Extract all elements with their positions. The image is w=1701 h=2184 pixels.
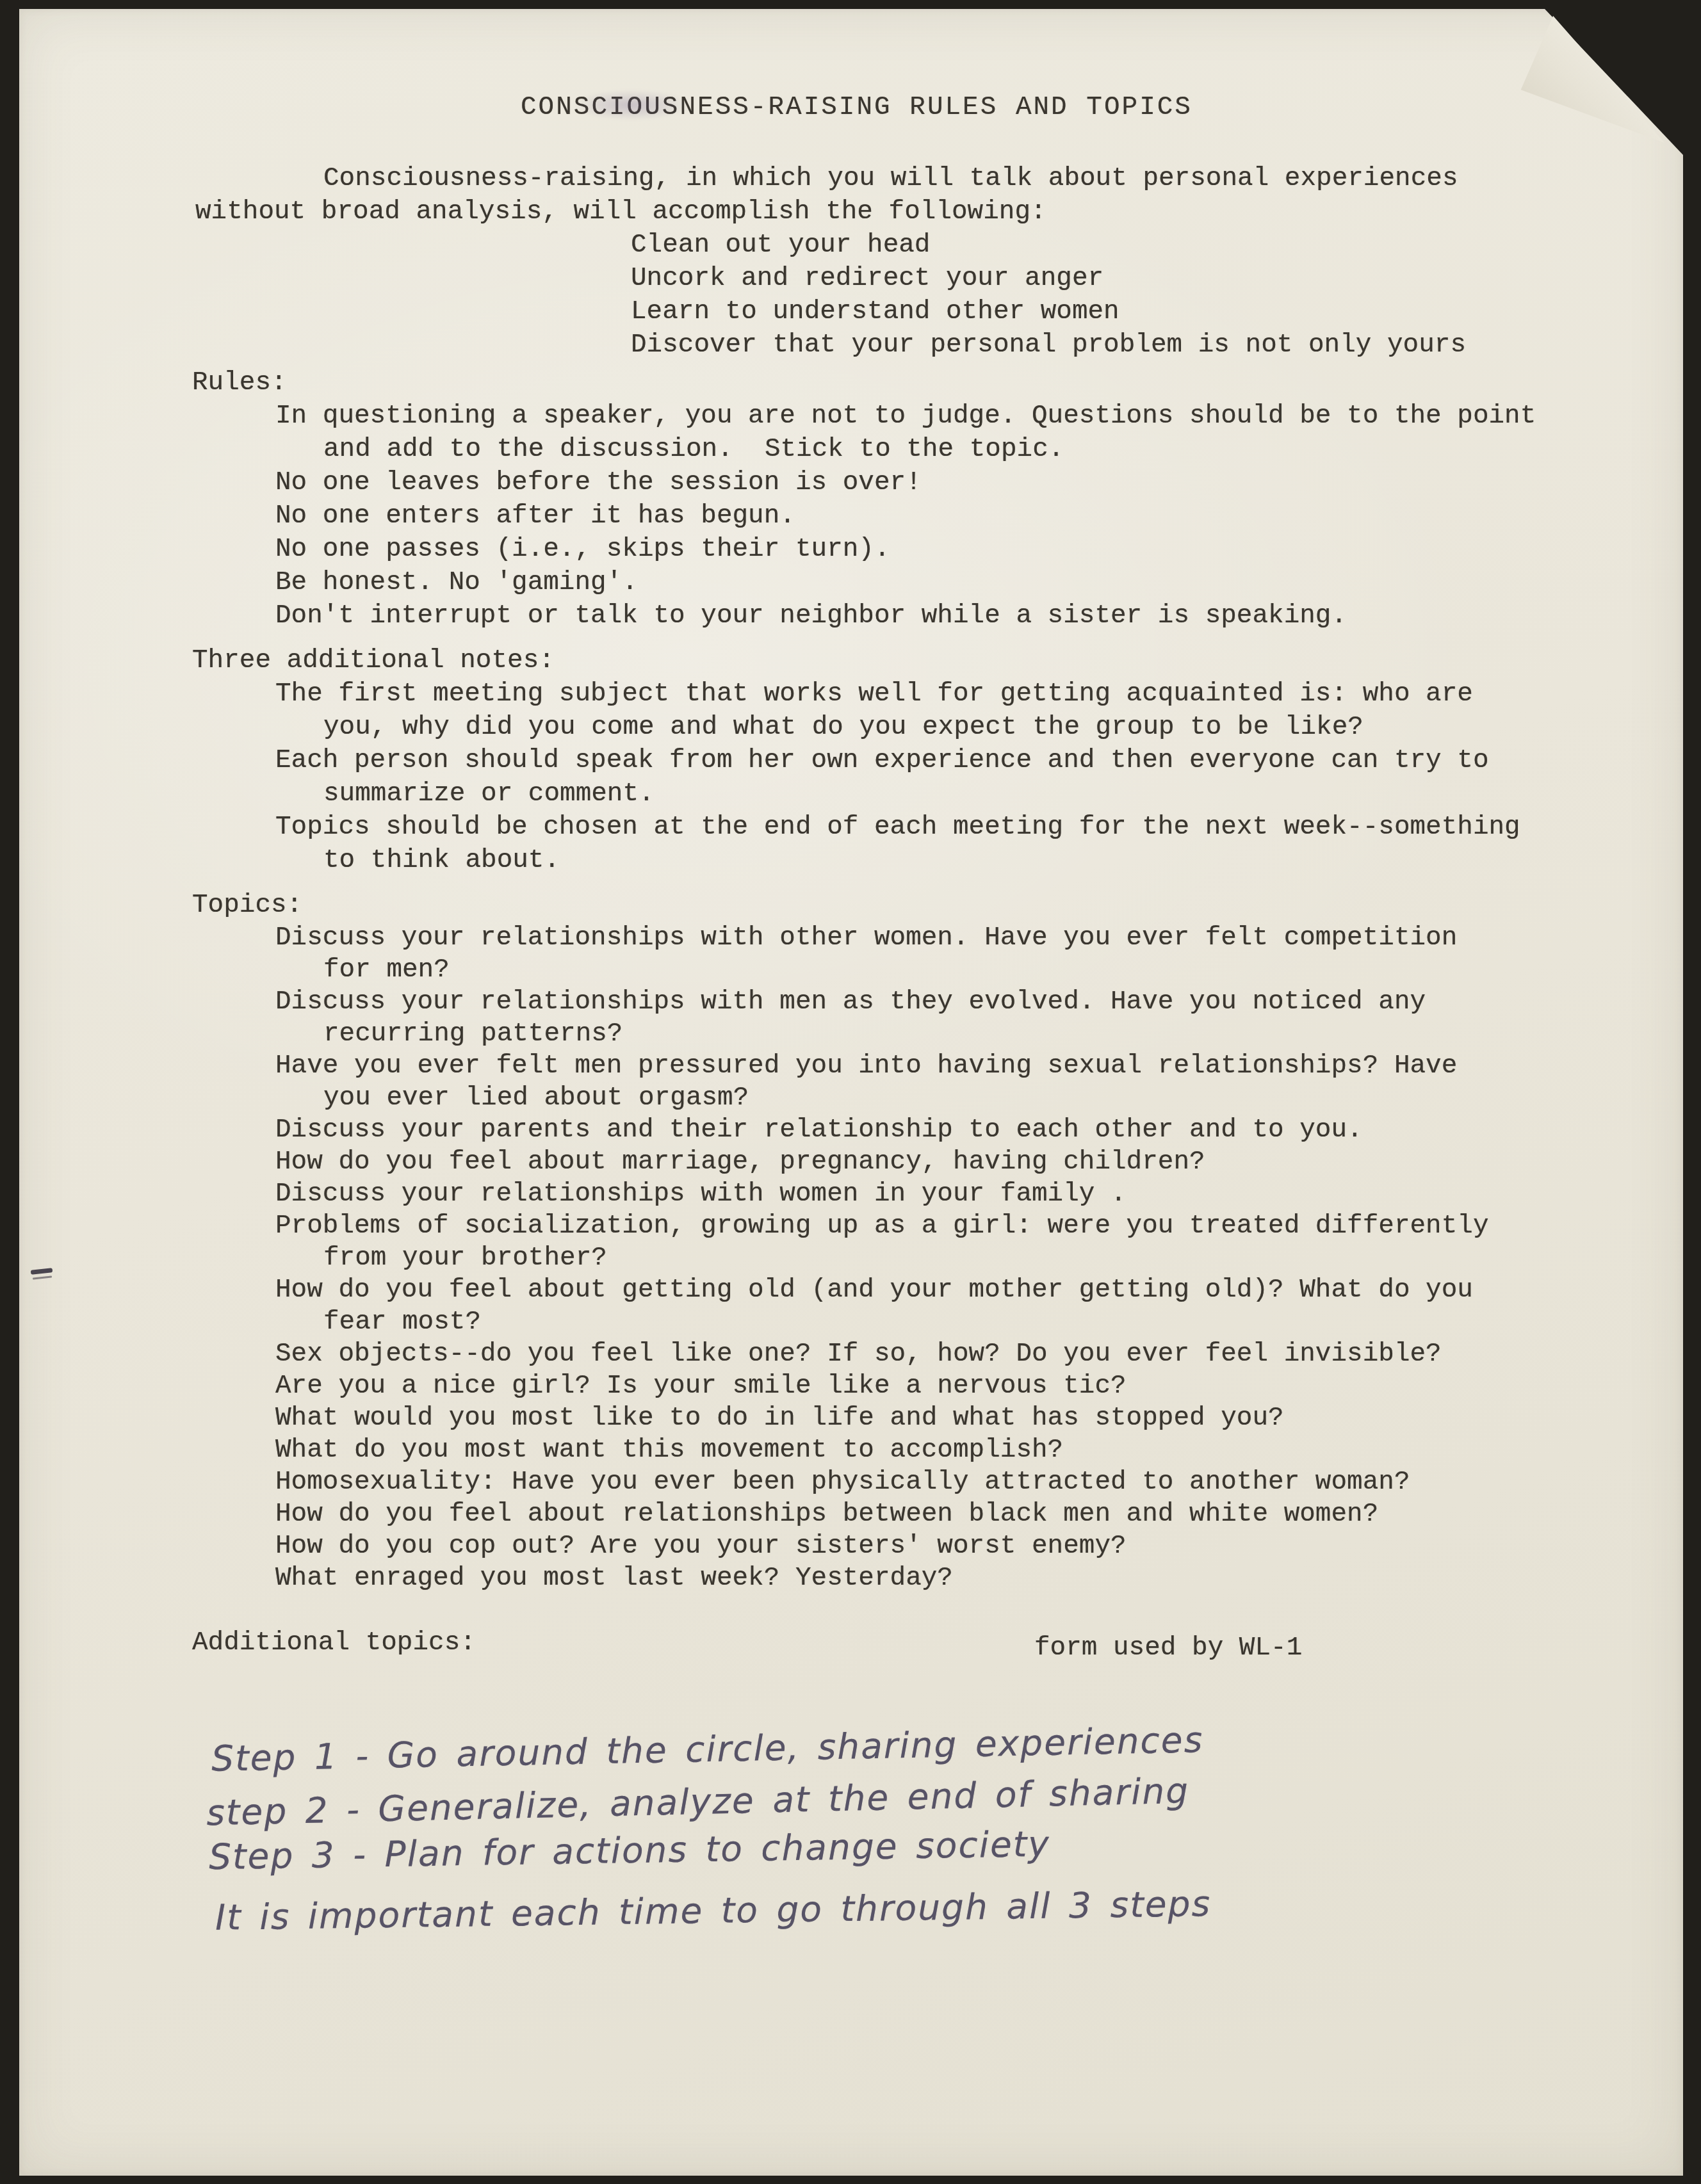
rules-section: Rules: xyxy=(19,366,1683,400)
topic-line: Problems of socialization, growing up as… xyxy=(19,1210,1683,1242)
goal-line: Discover that your personal problem is n… xyxy=(19,328,1683,362)
handwritten-note: It is important each time to go through … xyxy=(215,1883,1212,1938)
topics-list: Discuss your relationships with other wo… xyxy=(19,922,1683,1594)
handwritten-note: Step 3 - Plan for actions to change soci… xyxy=(209,1824,1051,1878)
rule-line: No one leaves before the session is over… xyxy=(19,466,1683,499)
form-credit: form used by WL-1 xyxy=(1034,1631,1302,1665)
topic-line: Discuss your parents and their relations… xyxy=(19,1114,1683,1146)
rule-line: No one enters after it has begun. xyxy=(19,499,1683,533)
topic-line: fear most? xyxy=(19,1306,1683,1338)
note-line: you, why did you come and what do you ex… xyxy=(19,711,1683,744)
topic-line: Sex objects--do you feel like one? If so… xyxy=(19,1338,1683,1370)
topics-heading: Topics: xyxy=(19,889,1683,922)
note-line: to think about. xyxy=(19,844,1683,877)
topic-line: How do you feel about getting old (and y… xyxy=(19,1274,1683,1306)
topic-line: from your brother? xyxy=(19,1242,1683,1274)
scanned-page: CONSCIOUSNESS-RAISING RULES AND TOPICS C… xyxy=(19,9,1683,2176)
rules-list: In questioning a speaker, you are not to… xyxy=(19,400,1683,633)
topic-line: Are you a nice girl? Is your smile like … xyxy=(19,1370,1683,1402)
topic-line: How do you feel about relationships betw… xyxy=(19,1498,1683,1530)
notes-heading: Three additional notes: xyxy=(19,644,1683,677)
goal-line: Clean out your head xyxy=(19,229,1683,262)
topic-line: Discuss your relationships with other wo… xyxy=(19,922,1683,954)
topic-line: Homosexuality: Have you ever been physic… xyxy=(19,1466,1683,1498)
note-line: summarize or comment. xyxy=(19,777,1683,811)
notes-list: The first meeting subject that works wel… xyxy=(19,677,1683,877)
rule-line: Don't interrupt or talk to your neighbor… xyxy=(19,599,1683,633)
intro-line: without broad analysis, will accomplish … xyxy=(19,195,1683,229)
notes-section: Three additional notes: xyxy=(19,644,1683,677)
note-line: Topics should be chosen at the end of ea… xyxy=(19,811,1683,844)
goal-line: Uncork and redirect your anger xyxy=(19,262,1683,295)
additional-topics-label: Additional topics: xyxy=(192,1626,476,1660)
footer-row: Additional topics: form used by WL-1 xyxy=(19,1626,1683,1660)
topic-line: What enraged you most last week? Yesterd… xyxy=(19,1562,1683,1594)
handwritten-note: Step 1 - Go around the circle, sharing e… xyxy=(211,1719,1204,1779)
topic-line: How do you cop out? Are you your sisters… xyxy=(19,1530,1683,1562)
rule-line: No one passes (i.e., skips their turn). xyxy=(19,533,1683,566)
topic-line: Discuss your relationships with men as t… xyxy=(19,986,1683,1018)
topic-line: Discuss your relationships with women in… xyxy=(19,1178,1683,1210)
goal-line: Learn to understand other women xyxy=(19,295,1683,328)
rules-heading: Rules: xyxy=(19,366,1683,400)
topic-line: you ever lied about orgasm? xyxy=(19,1082,1683,1114)
page-title: CONSCIOUSNESS-RAISING RULES AND TOPICS xyxy=(521,91,1192,124)
rule-line: Be honest. No 'gaming'. xyxy=(19,566,1683,599)
note-line: Each person should speak from her own ex… xyxy=(19,744,1683,777)
scan-background: CONSCIOUSNESS-RAISING RULES AND TOPICS C… xyxy=(0,0,1701,2184)
topic-line: What would you most like to do in life a… xyxy=(19,1402,1683,1434)
note-line: The first meeting subject that works wel… xyxy=(19,677,1683,711)
goals-list: Clean out your head Uncork and redirect … xyxy=(19,229,1683,362)
topic-line: What do you most want this movement to a… xyxy=(19,1434,1683,1466)
intro-paragraph: Consciousness-raising, in which you will… xyxy=(19,162,1683,229)
topic-line: Have you ever felt men pressured you int… xyxy=(19,1050,1683,1082)
topics-section: Topics: xyxy=(19,889,1683,922)
topic-line: How do you feel about marriage, pregnanc… xyxy=(19,1146,1683,1178)
topic-line: recurring patterns? xyxy=(19,1018,1683,1050)
intro-line: Consciousness-raising, in which you will… xyxy=(19,162,1683,195)
topic-line: for men? xyxy=(19,954,1683,986)
rule-line: and add to the discussion. Stick to the … xyxy=(19,433,1683,466)
rule-line: In questioning a speaker, you are not to… xyxy=(19,400,1683,433)
